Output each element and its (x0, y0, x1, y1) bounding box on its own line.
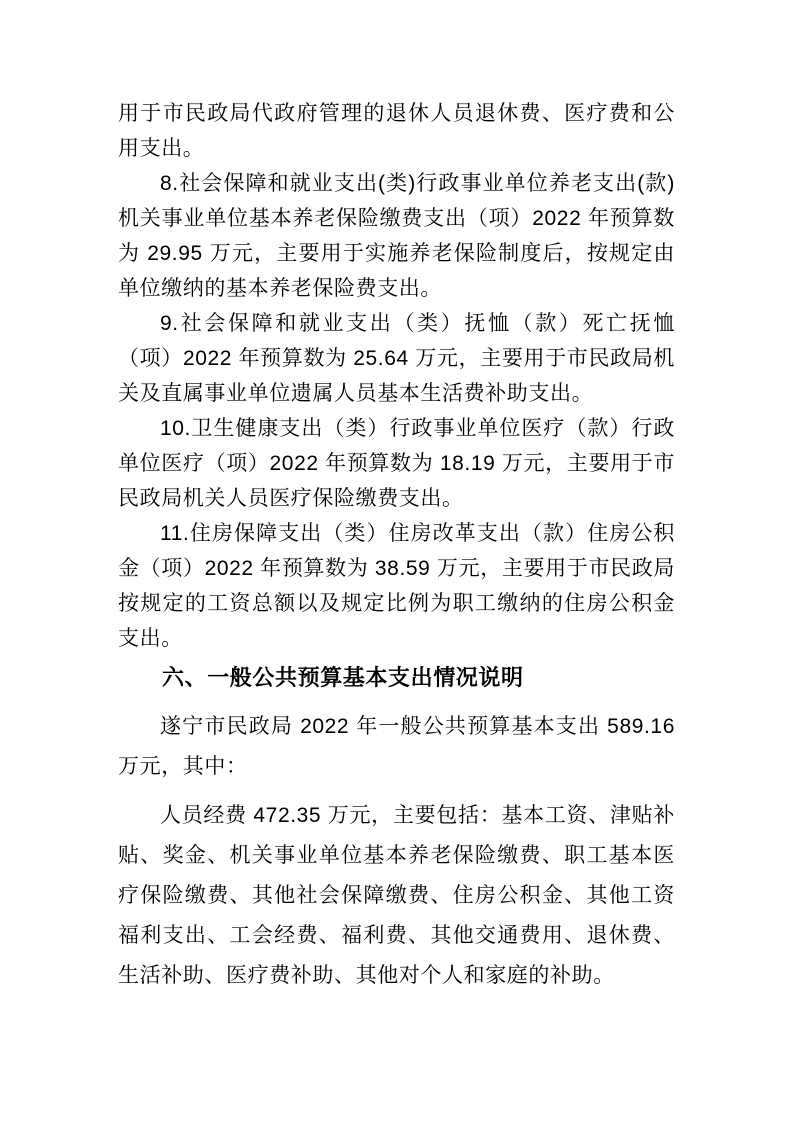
paragraph: 10.卫生健康支出（类）行政事业单位医疗（款）行政单位医疗（项）2022 年预算… (118, 411, 675, 516)
paragraph: 人员经费 472.35 万元，主要包括：基本工资、津贴补贴、奖金、机关事业单位基… (118, 796, 675, 996)
paragraph: 遂宁市民政局 2022 年一般公共预算基本支出 589.16 万元，其中： (118, 707, 675, 787)
document-content: 用于市民政局代政府管理的退休人员退休费、医疗费和公用支出。8.社会保障和就业支出… (118, 96, 675, 996)
paragraph: 9.社会保障和就业支出（类）抚恤（款）死亡抚恤（项）2022 年预算数为 25.… (118, 306, 675, 411)
document-page: 用于市民政局代政府管理的退休人员退休费、医疗费和公用支出。8.社会保障和就业支出… (0, 0, 794, 1122)
paragraph: 用于市民政局代政府管理的退休人员退休费、医疗费和公用支出。 (118, 96, 675, 166)
section-heading: 六、一般公共预算基本支出情况说明 (118, 658, 675, 698)
paragraph: 8.社会保障和就业支出(类)行政事业单位养老支出(款)机关事业单位基本养老保险缴… (118, 166, 675, 306)
paragraph: 11.住房保障支出（类）住房改革支出（款）住房公积金（项）2022 年预算数为 … (118, 516, 675, 656)
